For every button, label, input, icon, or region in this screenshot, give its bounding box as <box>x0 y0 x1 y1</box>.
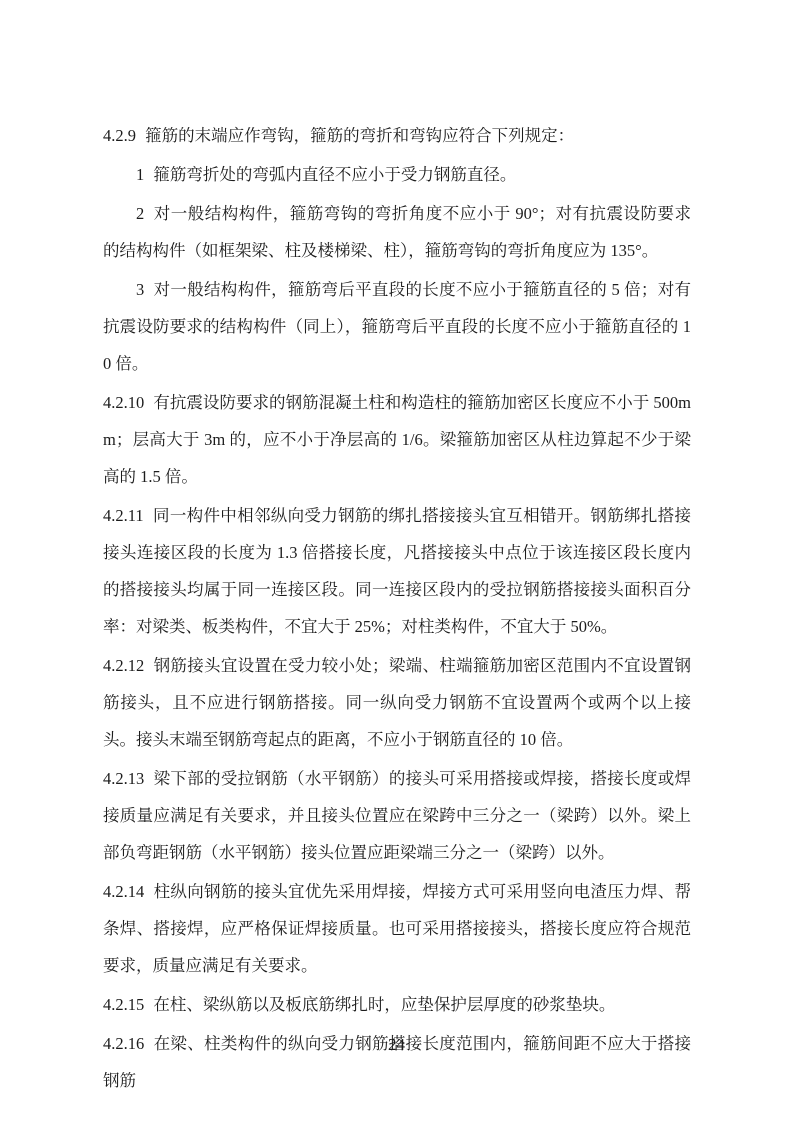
section-4-2-12: 4.2.12钢筋接头宜设置在受力较小处；梁端、柱端箍筋加密区范围内不宜设置钢筋接… <box>103 647 691 758</box>
document-page: 4.2.9箍筋的末端应作弯钩，箍筋的弯折和弯钩应符合下列规定： 1箍筋弯折处的弯… <box>0 0 793 1122</box>
section-text: 在柱、梁纵筋以及板底筋绑扎时，应垫保护层厚度的砂浆垫块。 <box>153 995 615 1014</box>
section-text: 柱纵向钢筋的接头宜优先采用焊接，焊接方式可采用竖向电渣压力焊、帮条焊、搭接焊，应… <box>103 882 691 975</box>
section-text: 有抗震设防要求的钢筋混凝土柱和构造柱的箍筋加密区长度应不小于 500mm；层高大… <box>103 393 691 486</box>
item-text: 对一般结构构件，箍筋弯后平直段的长度不应小于箍筋直径的 5 倍；对有抗震设防要求… <box>103 280 691 373</box>
section-4-2-14: 4.2.14柱纵向钢筋的接头宜优先采用焊接，焊接方式可采用竖向电渣压力焊、帮条焊… <box>103 873 691 984</box>
section-4-2-9: 4.2.9箍筋的末端应作弯钩，箍筋的弯折和弯钩应符合下列规定： <box>103 117 691 154</box>
section-number: 4.2.15 <box>103 995 144 1014</box>
section-number: 4.2.10 <box>103 393 144 412</box>
section-number: 4.2.13 <box>103 769 144 788</box>
section-number: 4.2.12 <box>103 656 144 675</box>
page-number: 24 <box>0 1034 793 1056</box>
section-4-2-9-item-1: 1箍筋弯折处的弯弧内直径不应小于受力钢筋直径。 <box>103 156 691 193</box>
document-body: 4.2.9箍筋的末端应作弯钩，箍筋的弯折和弯钩应符合下列规定： 1箍筋弯折处的弯… <box>103 117 691 1099</box>
section-4-2-9-item-3: 3对一般结构构件，箍筋弯后平直段的长度不应小于箍筋直径的 5 倍；对有抗震设防要… <box>103 271 691 382</box>
section-number: 4.2.14 <box>103 882 144 901</box>
section-text: 梁下部的受拉钢筋（水平钢筋）的接头可采用搭接或焊接，搭接长度或焊接质量应满足有关… <box>103 769 691 862</box>
section-text: 箍筋的末端应作弯钩，箍筋的弯折和弯钩应符合下列规定： <box>145 126 574 145</box>
item-text: 箍筋弯折处的弯弧内直径不应小于受力钢筋直径。 <box>153 165 516 184</box>
section-number: 4.2.11 <box>103 506 144 525</box>
section-4-2-10: 4.2.10有抗震设防要求的钢筋混凝土柱和构造柱的箍筋加密区长度应不小于 500… <box>103 384 691 495</box>
item-number: 3 <box>136 280 144 299</box>
item-text: 对一般结构构件，箍筋弯钩的弯折角度不应小于 90°；对有抗震设防要求的结构构件（… <box>103 204 691 260</box>
section-text: 同一构件中相邻纵向受力钢筋的绑扎搭接接头宜互相错开。钢筋绑扎搭接接头连接区段的长… <box>103 506 691 636</box>
item-number: 1 <box>136 165 144 184</box>
section-4-2-11: 4.2.11同一构件中相邻纵向受力钢筋的绑扎搭接接头宜互相错开。钢筋绑扎搭接接头… <box>103 497 691 645</box>
section-4-2-15: 4.2.15在柱、梁纵筋以及板底筋绑扎时，应垫保护层厚度的砂浆垫块。 <box>103 986 691 1023</box>
section-4-2-13: 4.2.13梁下部的受拉钢筋（水平钢筋）的接头可采用搭接或焊接，搭接长度或焊接质… <box>103 760 691 871</box>
section-4-2-9-item-2: 2对一般结构构件，箍筋弯钩的弯折角度不应小于 90°；对有抗震设防要求的结构构件… <box>103 195 691 269</box>
section-number: 4.2.9 <box>103 126 136 145</box>
section-text: 钢筋接头宜设置在受力较小处；梁端、柱端箍筋加密区范围内不宜设置钢筋接头，且不应进… <box>103 656 691 749</box>
item-number: 2 <box>136 204 144 223</box>
